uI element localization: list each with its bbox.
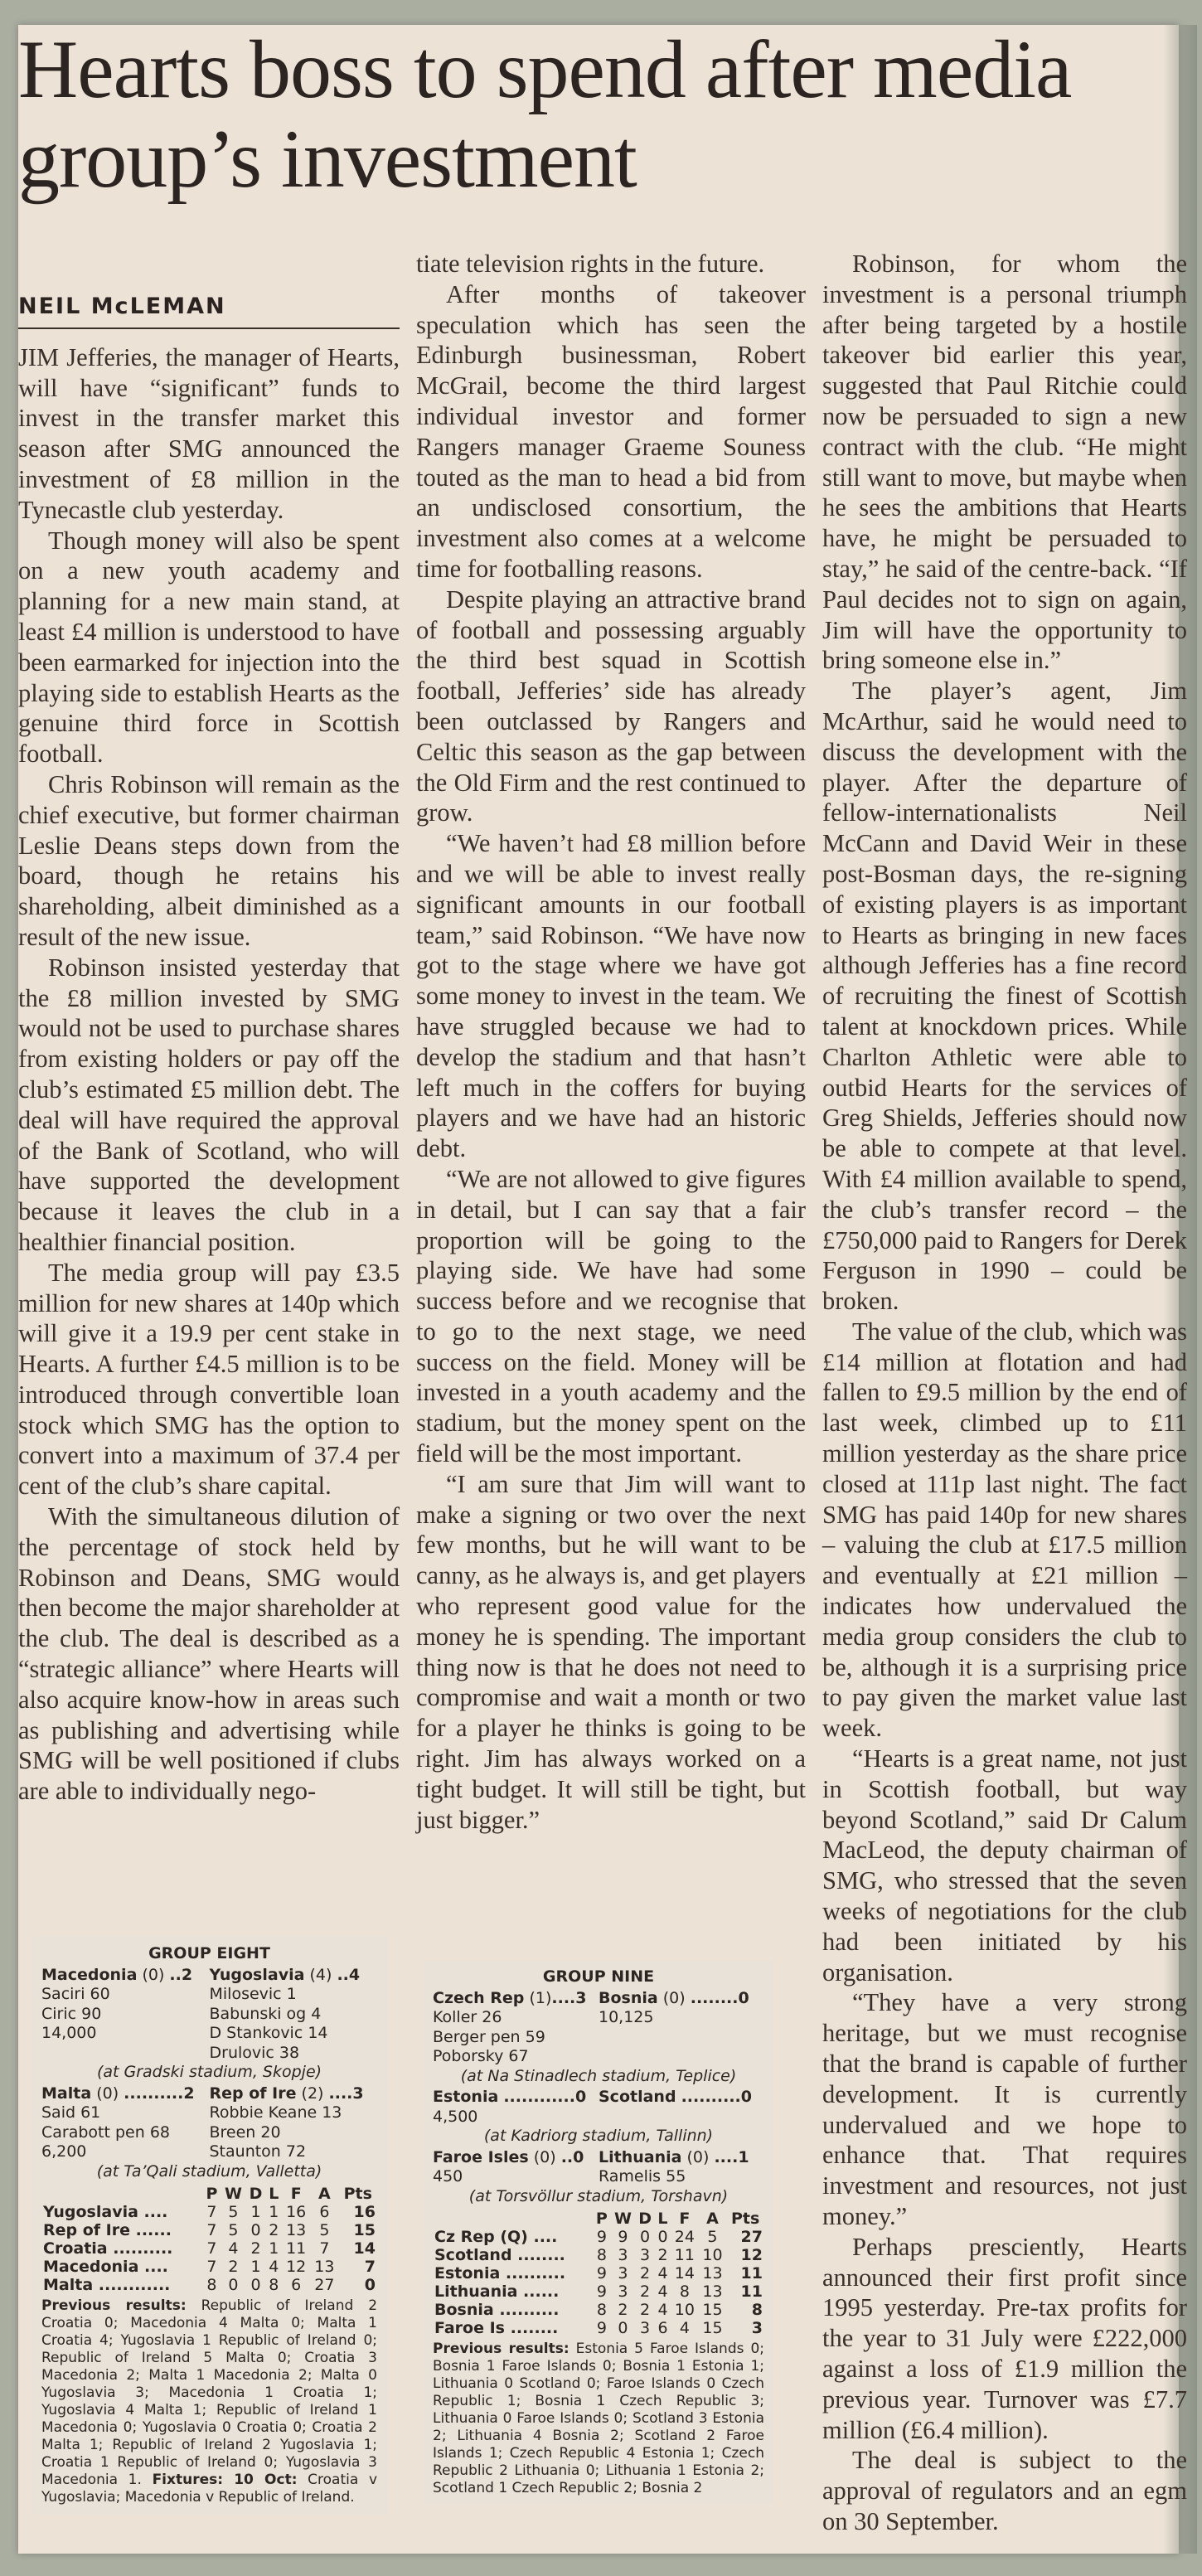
- team-name-cell: Scotland ........: [433, 2246, 593, 2264]
- final-score: ........0: [691, 1989, 749, 2007]
- paragraph: Chris Robinson will remain as the chief …: [18, 769, 400, 953]
- scorer: Milosevic 1: [210, 1985, 378, 2005]
- scorer: Breen 20: [210, 2123, 378, 2143]
- attendance: 6,200: [41, 2142, 210, 2162]
- column-header: L: [266, 2185, 283, 2203]
- away-team: Scotland: [599, 2088, 676, 2106]
- spacer: [599, 2047, 764, 2067]
- headline: Hearts boss to spend after media group’s…: [18, 25, 1162, 204]
- team-name-cell: Estonia ..........: [433, 2264, 593, 2283]
- scorer: Drulovic 38: [210, 2044, 378, 2064]
- stat-cell-a: 6: [310, 2203, 338, 2221]
- attendance: 10,125: [599, 2008, 764, 2028]
- previous-results: Previous results: Republic of Ireland 2 …: [41, 2297, 377, 2506]
- group-nine-results-box: GROUP NINE Czech Rep (1)....3 Bosnia (0)…: [424, 1961, 773, 2504]
- stat-cell-pts: 14: [338, 2239, 377, 2258]
- half-time-score: (0): [663, 1989, 686, 2007]
- away-team: Bosnia: [599, 1989, 658, 2007]
- half-time-score: (4): [309, 1966, 332, 1984]
- away-team: Yugoslavia: [210, 1966, 305, 1984]
- stat-cell-d: 2: [246, 2239, 266, 2258]
- stat-cell-p: 7: [203, 2221, 221, 2239]
- stat-cell-f: 4: [671, 2319, 699, 2337]
- stat-cell-d: 0: [246, 2221, 266, 2239]
- stat-cell-f: 12: [282, 2258, 310, 2276]
- away-team: Rep of Ire: [210, 2084, 297, 2103]
- paragraph: The player’s agent, Jim McArthur, said h…: [822, 676, 1187, 1317]
- match-result: Faroe Isles (0) ..0 Lithuania (0) ....1 …: [433, 2148, 764, 2207]
- table-row: Yugoslavia ....751116616: [41, 2203, 377, 2221]
- stat-cell-f: 10: [671, 2301, 699, 2319]
- column-header: F: [671, 2210, 699, 2228]
- scorer: Ciric 90: [41, 2005, 210, 2025]
- scorer: Poborsky 67: [433, 2047, 599, 2067]
- column-header: W: [221, 2185, 245, 2203]
- final-score: ..........0: [681, 2088, 752, 2106]
- half-time-score: (1): [529, 1989, 551, 2007]
- final-score: ....1: [714, 2148, 749, 2166]
- spacer: [599, 2028, 764, 2048]
- stat-cell-f: 11: [671, 2246, 699, 2264]
- scorer: D Stankovic 14: [210, 2024, 378, 2044]
- match-result: Czech Rep (1)....3 Bosnia (0) ........0 …: [433, 1989, 764, 2087]
- column-header: D: [635, 2210, 655, 2228]
- stat-cell-pts: 7: [338, 2258, 377, 2276]
- spacer: [599, 2108, 764, 2127]
- stat-cell-d: 3: [635, 2319, 655, 2337]
- stat-cell-a: 13: [699, 2283, 727, 2301]
- stat-cell-p: 7: [203, 2239, 221, 2258]
- stat-cell-w: 9: [611, 2228, 636, 2246]
- scorer: Staunton 72: [210, 2142, 378, 2162]
- final-score: ....3: [329, 2084, 364, 2103]
- stat-cell-a: 27: [310, 2276, 338, 2294]
- standings-table: P W D L F A Pts Cz Rep (Q) ....990024527…: [433, 2210, 764, 2337]
- final-score: ..4: [337, 1966, 360, 1984]
- stat-cell-f: 6: [282, 2276, 310, 2294]
- stat-cell-f: 24: [671, 2228, 699, 2246]
- team-name-cell: Yugoslavia ....: [41, 2203, 203, 2221]
- stat-cell-f: 11: [282, 2239, 310, 2258]
- paragraph: “They have a very strong heritage, but w…: [822, 1987, 1187, 2231]
- half-time-score: (0): [96, 2084, 119, 2103]
- column-header: Pts: [338, 2185, 377, 2203]
- table-row: Cz Rep (Q) ....990024527: [433, 2228, 764, 2246]
- match-result: Estonia ............0 Scotland .........…: [433, 2088, 764, 2147]
- column-header: W: [611, 2210, 636, 2228]
- home-team: Czech Rep: [433, 1989, 524, 2007]
- stat-cell-a: 7: [310, 2239, 338, 2258]
- previous-results: Previous results: Estonia 5 Faroe Island…: [433, 2341, 764, 2497]
- previous-results-label: Previous results:: [433, 2341, 569, 2357]
- fixtures-label: Fixtures: 10 Oct:: [153, 2472, 298, 2488]
- stat-cell-d: 0: [246, 2276, 266, 2294]
- final-score: ............0: [503, 2088, 586, 2106]
- stat-cell-pts: 15: [338, 2221, 377, 2239]
- stat-cell-l: 2: [266, 2221, 283, 2239]
- paragraph: “I am sure that Jim will want to make a …: [416, 1469, 806, 1836]
- home-team: Faroe Isles: [433, 2148, 529, 2166]
- stat-cell-pts: 8: [726, 2301, 764, 2319]
- stat-cell-d: 0: [635, 2228, 655, 2246]
- previous-results-text: Republic of Ireland 2 Croatia 0; Macedon…: [41, 2297, 377, 2488]
- attendance: 14,000: [41, 2024, 210, 2044]
- stat-cell-pts: 16: [338, 2203, 377, 2221]
- stat-cell-l: 4: [655, 2301, 671, 2319]
- stat-cell-d: 3: [635, 2246, 655, 2264]
- stat-cell-w: 5: [221, 2221, 245, 2239]
- article-column-3: Robinson, for whom the investment is a p…: [822, 249, 1187, 2537]
- table-row: Croatia ..........742111714: [41, 2239, 377, 2258]
- home-team: Macedonia: [41, 1966, 137, 1984]
- paragraph: The deal is subject to the approval of r…: [822, 2445, 1187, 2536]
- table-header-row: P W D L F A Pts: [41, 2185, 377, 2203]
- stat-cell-pts: 12: [726, 2246, 764, 2264]
- stat-cell-p: 8: [593, 2246, 610, 2264]
- paragraph: The value of the club, which was £14 mil…: [822, 1317, 1187, 1744]
- final-score: ..........2: [124, 2084, 194, 2103]
- stat-cell-w: 3: [611, 2264, 636, 2283]
- paragraph: “We are not allowed to give figures in d…: [416, 1164, 806, 1469]
- stat-cell-d: 2: [635, 2283, 655, 2301]
- stat-cell-f: 14: [671, 2264, 699, 2283]
- table-row: Estonia ..........9324141311: [433, 2264, 764, 2283]
- stat-cell-w: 4: [221, 2239, 245, 2258]
- venue: (at Torsvöllur stadium, Torshavn): [433, 2187, 764, 2207]
- attendance: 450: [433, 2167, 599, 2187]
- stat-cell-p: 9: [593, 2283, 610, 2301]
- stat-cell-w: 2: [221, 2258, 245, 2276]
- paragraph: JIM Jefferies, the manager of Hearts, wi…: [18, 342, 400, 526]
- stat-cell-p: 9: [593, 2228, 610, 2246]
- stat-cell-w: 2: [611, 2301, 636, 2319]
- team-name-cell: Bosnia ..........: [433, 2301, 593, 2319]
- stat-cell-pts: 11: [726, 2264, 764, 2283]
- stat-cell-pts: 27: [726, 2228, 764, 2246]
- team-name-cell: Croatia ..........: [41, 2239, 203, 2258]
- scorer: Robbie Keane 13: [210, 2103, 378, 2123]
- venue: (at Gradski stadium, Skopje): [41, 2063, 377, 2083]
- paragraph: With the simultaneous dilution of the pe…: [18, 1501, 400, 1807]
- stat-cell-a: 10: [699, 2246, 727, 2264]
- stat-cell-p: 9: [593, 2319, 610, 2337]
- paragraph: Perhaps presciently, Hearts announced th…: [822, 2232, 1187, 2446]
- venue: (at Ta’Qali stadium, Valletta): [41, 2162, 377, 2182]
- stat-cell-a: 13: [310, 2258, 338, 2276]
- scorer: Said 61: [41, 2103, 210, 2123]
- stat-cell-l: 6: [655, 2319, 671, 2337]
- column-header: F: [282, 2185, 310, 2203]
- half-time-score: (0): [142, 1966, 164, 1984]
- paragraph: “Hearts is a great name, not just in Sco…: [822, 1744, 1187, 1987]
- team-name-cell: Rep of Ire ......: [41, 2221, 203, 2239]
- venue: (at Na Stinadlech stadium, Teplice): [433, 2067, 764, 2087]
- stat-cell-a: 13: [699, 2264, 727, 2283]
- paragraph: tiate television rights in the future.: [416, 249, 806, 279]
- away-team: Lithuania: [599, 2148, 681, 2166]
- team-name-cell: Cz Rep (Q) ....: [433, 2228, 593, 2246]
- table-row: Rep of Ire ......750213515: [41, 2221, 377, 2239]
- group-title: GROUP EIGHT: [41, 1944, 377, 1964]
- stat-cell-l: 1: [266, 2203, 283, 2221]
- scorer: Babunski og 4: [210, 2005, 378, 2025]
- byline: NEIL McLEMAN: [18, 249, 400, 329]
- column-header: L: [655, 2210, 671, 2228]
- scorer: Ramelis 55: [599, 2167, 764, 2187]
- table-row: Lithuania ......932481311: [433, 2283, 764, 2301]
- table-row: Faroe Is ........90364153: [433, 2319, 764, 2337]
- stat-cell-l: 4: [655, 2283, 671, 2301]
- column-header: P: [593, 2210, 610, 2228]
- column-header: D: [246, 2185, 266, 2203]
- column-header: [433, 2210, 593, 2228]
- stat-cell-p: 7: [203, 2203, 221, 2221]
- stat-cell-d: 1: [246, 2203, 266, 2221]
- stat-cell-a: 15: [699, 2319, 727, 2337]
- column-header: A: [699, 2210, 727, 2228]
- stat-cell-d: 1: [246, 2258, 266, 2276]
- paragraph: Robinson, for whom the investment is a p…: [822, 249, 1187, 676]
- stat-cell-l: 2: [655, 2246, 671, 2264]
- home-team: Estonia: [433, 2088, 498, 2106]
- stat-cell-pts: 0: [338, 2276, 377, 2294]
- scorer: Saciri 60: [41, 1985, 210, 2005]
- home-team: Malta: [41, 2084, 91, 2103]
- half-time-score: (0): [534, 2148, 556, 2166]
- table-row: Malta ............80086270: [41, 2276, 377, 2294]
- stat-cell-w: 0: [221, 2276, 245, 2294]
- stat-cell-d: 2: [635, 2264, 655, 2283]
- stat-cell-f: 13: [282, 2221, 310, 2239]
- stat-cell-pts: 3: [726, 2319, 764, 2337]
- table-row: Bosnia ..........822410158: [433, 2301, 764, 2319]
- team-name-cell: Lithuania ......: [433, 2283, 593, 2301]
- scorer: Berger pen 59: [433, 2028, 599, 2048]
- stat-cell-p: 7: [203, 2258, 221, 2276]
- stat-cell-d: 2: [635, 2301, 655, 2319]
- stat-cell-w: 0: [611, 2319, 636, 2337]
- scorer: Carabott pen 68: [41, 2123, 210, 2143]
- team-name-cell: Malta ............: [41, 2276, 203, 2294]
- stat-cell-p: 8: [593, 2301, 610, 2319]
- table-row: Macedonia ....721412137: [41, 2258, 377, 2276]
- previous-results-label: Previous results:: [41, 2297, 187, 2314]
- stat-cell-f: 8: [671, 2283, 699, 2301]
- table-header-row: P W D L F A Pts: [433, 2210, 764, 2228]
- half-time-score: (0): [686, 2148, 709, 2166]
- previous-results-text: Estonia 5 Faroe Islands 0; Bosnia 1 Faro…: [433, 2341, 764, 2496]
- stat-cell-w: 3: [611, 2246, 636, 2264]
- paragraph: Robinson insisted yesterday that the £8 …: [18, 953, 400, 1258]
- stat-cell-w: 3: [611, 2283, 636, 2301]
- paragraph: The media group will pay £3.5 million fo…: [18, 1258, 400, 1501]
- half-time-score: (2): [302, 2084, 324, 2103]
- team-name-cell: Macedonia ....: [41, 2258, 203, 2276]
- stat-cell-w: 5: [221, 2203, 245, 2221]
- attendance: 4,500: [433, 2108, 599, 2127]
- paragraph: Despite playing an attractive brand of f…: [416, 585, 806, 828]
- group-eight-results-box: GROUP EIGHT Macedonia (0) ..2 Yugoslavia…: [32, 1936, 387, 2515]
- column-header: A: [310, 2185, 338, 2203]
- stat-cell-a: 5: [310, 2221, 338, 2239]
- stat-cell-p: 8: [203, 2276, 221, 2294]
- table-row: Scotland ........8332111012: [433, 2246, 764, 2264]
- stat-cell-l: 4: [266, 2258, 283, 2276]
- scorer: Koller 26: [433, 2008, 599, 2028]
- paragraph: “We haven’t had £8 million before and we…: [416, 828, 806, 1164]
- final-score: ..0: [561, 2148, 584, 2166]
- stat-cell-p: 9: [593, 2264, 610, 2283]
- venue: (at Kadriorg stadium, Tallinn): [433, 2127, 764, 2147]
- standings-table: P W D L F A Pts Yugoslavia ....751116616…: [41, 2185, 377, 2294]
- stat-cell-l: 4: [655, 2264, 671, 2283]
- stat-cell-f: 16: [282, 2203, 310, 2221]
- paragraph: Though money will also be spent on a new…: [18, 526, 400, 769]
- stat-cell-l: 1: [266, 2239, 283, 2258]
- stat-cell-a: 5: [699, 2228, 727, 2246]
- group-title: GROUP NINE: [433, 1967, 764, 1987]
- paragraph: After months of takeover speculation whi…: [416, 279, 806, 585]
- match-result: Macedonia (0) ..2 Yugoslavia (4) ..4 Sac…: [41, 1966, 377, 2083]
- team-name-cell: Faroe Is ........: [433, 2319, 593, 2337]
- scorer: [41, 2044, 210, 2064]
- stat-cell-a: 15: [699, 2301, 727, 2319]
- column-header: P: [203, 2185, 221, 2203]
- stat-cell-l: 8: [266, 2276, 283, 2294]
- stat-cell-pts: 11: [726, 2283, 764, 2301]
- column-header: [41, 2185, 203, 2203]
- final-score: ....3: [551, 1989, 586, 2007]
- column-header: Pts: [726, 2210, 764, 2228]
- stat-cell-l: 0: [655, 2228, 671, 2246]
- match-result: Malta (0) ..........2 Rep of Ire (2) ...…: [41, 2084, 377, 2182]
- final-score: ..2: [169, 1966, 192, 1984]
